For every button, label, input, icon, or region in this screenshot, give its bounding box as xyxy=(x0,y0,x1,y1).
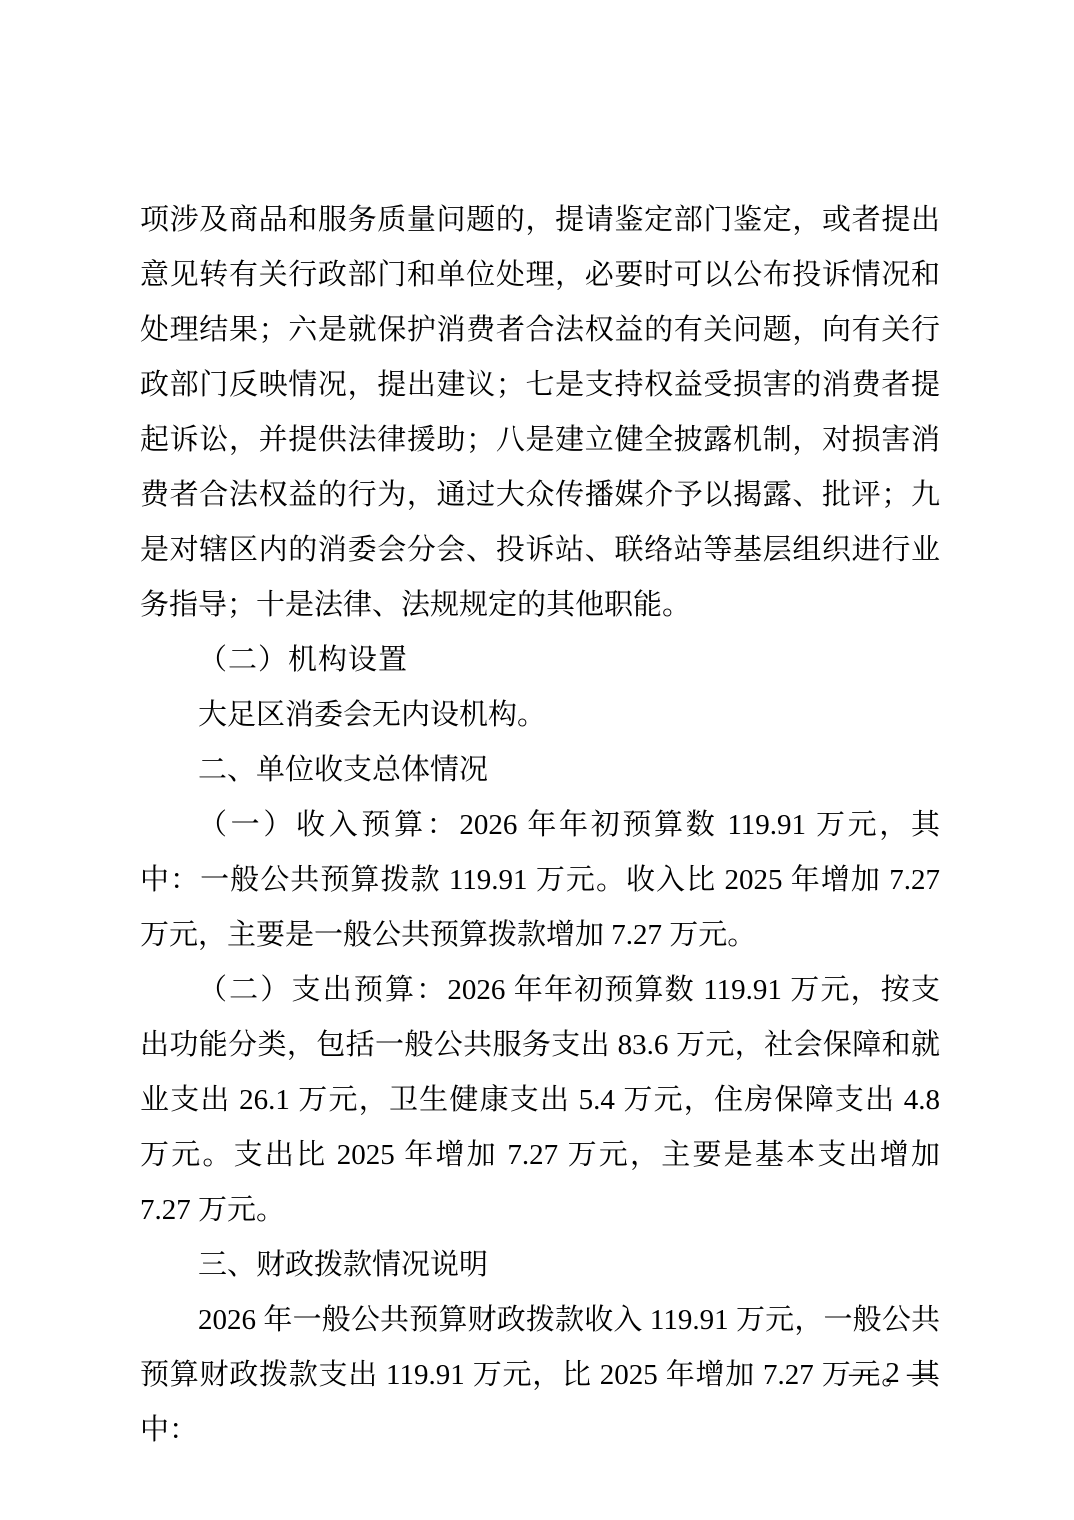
paragraph-expense-budget: （二）支出预算：2026 年年初预算数 119.91 万元，按支出功能分类，包括… xyxy=(140,963,940,1238)
paragraph-income-budget: （一）收入预算：2026 年年初预算数 119.91 万元，其中：一般公共预算拨… xyxy=(140,798,940,963)
document-page: 项涉及商品和服务质量问题的，提请鉴定部门鉴定，或者提出意见转有关行政部门和单位处… xyxy=(0,0,1074,1520)
heading-section-2-budget-overview: 二、单位收支总体情况 xyxy=(140,743,940,798)
heading-org-setup: （二）机构设置 xyxy=(140,633,940,688)
paragraph-org-setup: 大足区消委会无内设机构。 xyxy=(140,688,940,743)
expense-budget-lead: （二）支出预算： xyxy=(198,974,447,1006)
paragraph-duties-continued: 项涉及商品和服务质量问题的，提请鉴定部门鉴定，或者提出意见转有关行政部门和单位处… xyxy=(140,193,940,633)
heading-section-3-fiscal-appropriation: 三、财政拨款情况说明 xyxy=(140,1238,940,1293)
paragraph-fiscal-appropriation: 2026 年一般公共预算财政拨款收入 119.91 万元，一般公共预算财政拨款支… xyxy=(140,1293,940,1458)
page-footer: — 2 — xyxy=(849,1346,936,1401)
expense-budget-text: 2026 年年初预算数 119.91 万元，按支出功能分类，包括一般公共服务支出… xyxy=(140,974,940,1226)
income-budget-lead: （一）收入预算： xyxy=(198,809,459,841)
page-number: — 2 — xyxy=(849,1357,936,1389)
